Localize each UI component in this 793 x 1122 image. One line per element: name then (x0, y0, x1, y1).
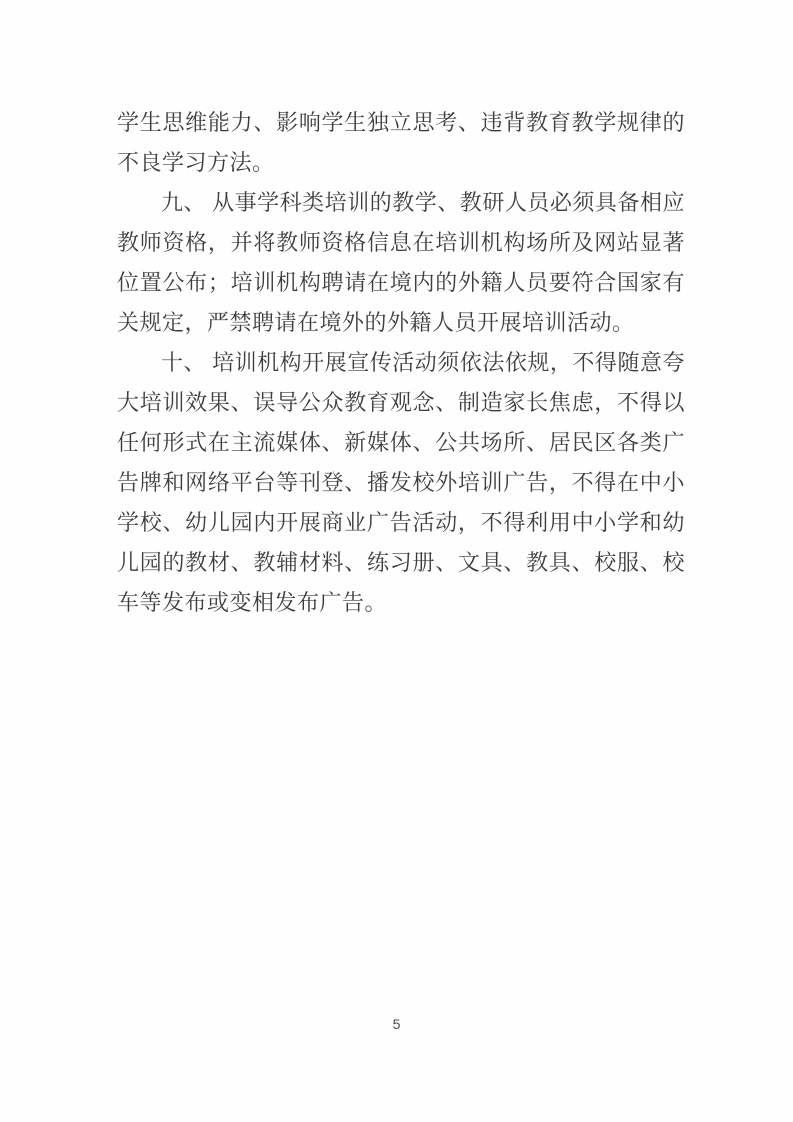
body-paragraph-continuation: 学生思维能力、影响学生独立思考、违背教育教学规律的不良学习方法。 (117, 103, 685, 183)
body-paragraph-item-9: 九、 从事学科类培训的教学、教研人员必须具备相应教师资格，并将教师资格信息在培训… (117, 183, 685, 343)
document-text-block: 学生思维能力、影响学生独立思考、违背教育教学规律的不良学习方法。 九、 从事学科… (117, 103, 685, 623)
document-page: 学生思维能力、影响学生独立思考、违背教育教学规律的不良学习方法。 九、 从事学科… (0, 0, 793, 1122)
page-number: 5 (393, 1016, 401, 1032)
body-paragraph-item-10: 十、 培训机构开展宣传活动须依法依规，不得随意夸大培训效果、误导公众教育观念、制… (117, 343, 685, 623)
page-footer: 5 (0, 1016, 793, 1034)
